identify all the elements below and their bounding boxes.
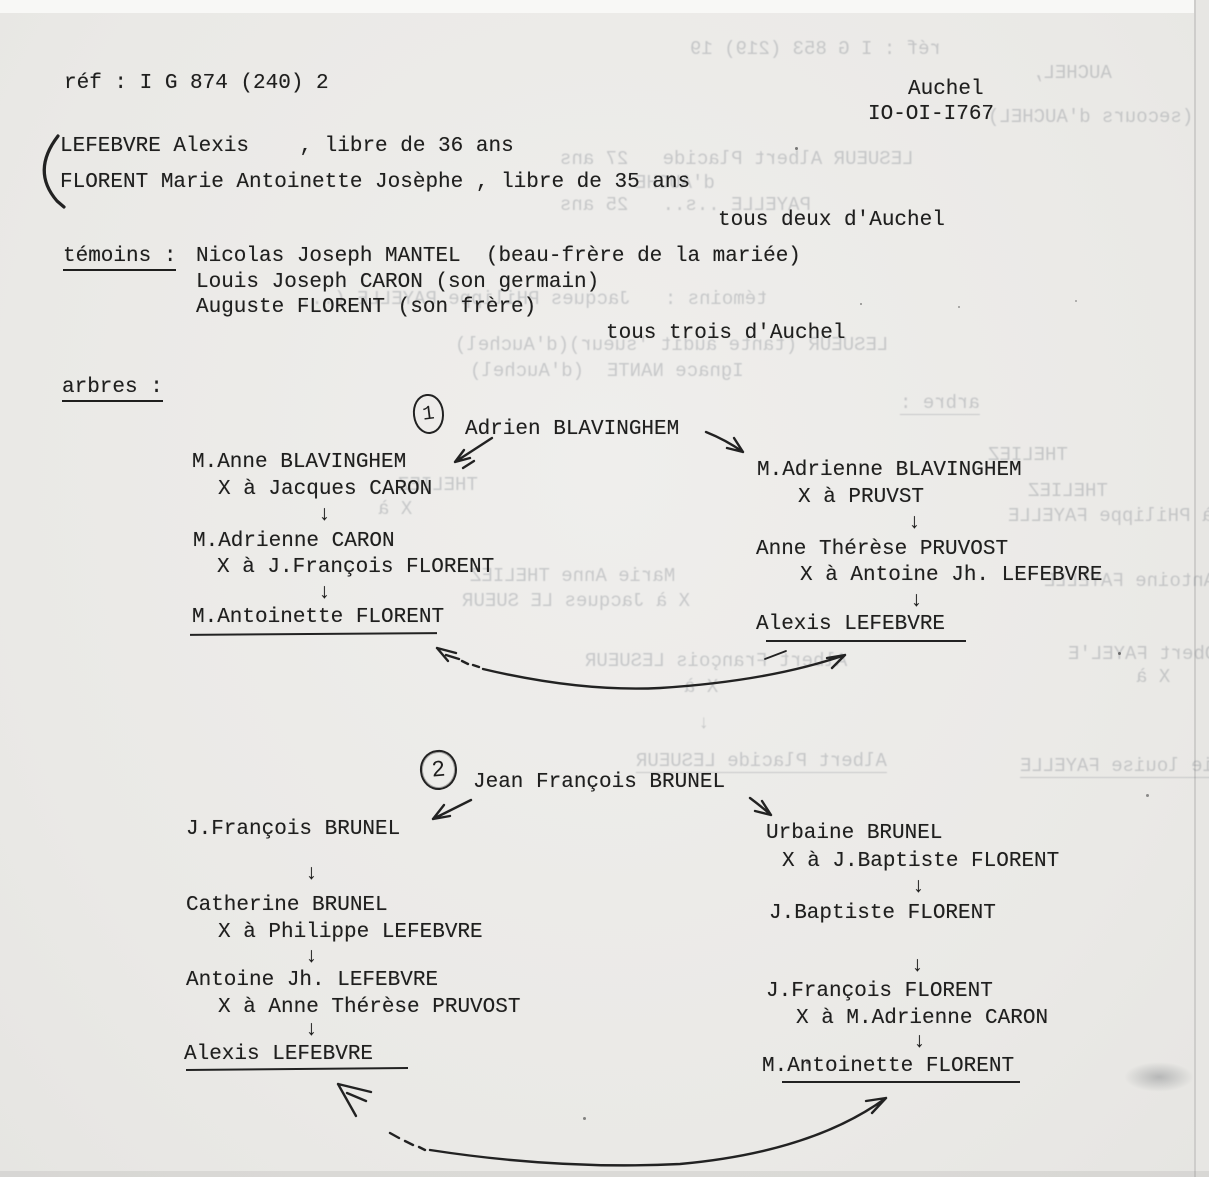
bleed-fayelle-x: X à PHilippe FAYELLE	[1008, 505, 1209, 527]
bleed-albert-fr: Albert François LESUEUR	[585, 650, 847, 672]
trees-label: arbres :	[62, 376, 163, 400]
tree2-right-descendant: M.Antoinette FLORENT	[762, 1055, 1014, 1079]
tree2-right-child2: J.François FLORENT	[766, 980, 993, 1004]
scan-speck	[958, 306, 960, 308]
bleed-ref: réf : I G 853 (219) 19	[690, 38, 941, 60]
tree1-right-marriage1: X à PRUVST	[798, 486, 924, 510]
tree2-right-marriage1: X à J.Baptiste FLORENT	[782, 850, 1059, 874]
bleed-xa-3: X à	[684, 676, 718, 698]
witness-2: Louis Joseph CARON (son germain)	[196, 271, 599, 295]
tree1-right-descendant: Alexis LEFEBVRE	[756, 613, 945, 637]
scan-speck	[860, 303, 862, 305]
tree2-left-marriage1: X à Philippe LEFEBVRE	[218, 921, 483, 945]
witnesses-label: témoins :	[63, 245, 176, 269]
tree1-left-branch-arrow	[455, 438, 492, 468]
tree2-left-arrow1: ↓	[305, 863, 318, 887]
bleed-jacques-ls: X à Jacques LE SUEUR	[462, 590, 690, 612]
tree2-right-arrow2: ↓	[911, 955, 924, 979]
tree1-left-ancestor: M.Anne BLAVINGHEM	[192, 451, 406, 475]
tree2-left-arrow3: ↓	[305, 1019, 318, 1043]
tree2-right-marriage2: X à M.Adrienne CARON	[796, 1007, 1048, 1031]
tree1-left-underline	[190, 632, 437, 636]
tree1-left-marriage2: X à J.François FLORENT	[217, 556, 494, 580]
witness-1: Nicolas Joseph MANTEL (beau-frère de la …	[196, 245, 801, 269]
scan-speck	[583, 1117, 586, 1120]
bleed-auchel: AUCHEL,	[1032, 62, 1112, 84]
record-date: IO-OI-I767	[868, 103, 994, 127]
tree2-left-marriage2: X à Anne Thérèse PRUVOST	[218, 996, 520, 1020]
tree2-right-branch-arrow	[750, 798, 771, 815]
scan-bottom-edge	[0, 1171, 1209, 1177]
tree2-number: 2	[430, 756, 446, 783]
scan-smudge	[1124, 1062, 1194, 1092]
bleed-lesueur: LESUEUR Albert Placide 27 ans	[560, 148, 913, 170]
bleed-albert-pl: Albert Placide LESUEUR	[636, 750, 887, 773]
scanned-genealogy-document: réf : I G 853 (219) 19 AUCHEL, (secours …	[0, 0, 1209, 1177]
scan-top-edge	[0, 0, 1209, 13]
both-from-line: tous deux d'Auchel	[718, 209, 945, 233]
trees-label-text: arbres :	[62, 376, 163, 402]
tree2-left-ancestor: J.François BRUNEL	[186, 818, 400, 842]
tree1-number-circle: 1	[411, 392, 447, 435]
tree2-right-arrow1: ↓	[912, 876, 925, 900]
tree2-left-child1: Catherine BRUNEL	[186, 894, 388, 918]
tree1-left-arrow2: ↓	[318, 582, 331, 606]
tree2-right-underline	[782, 1081, 1020, 1083]
tree1-number: 1	[421, 402, 436, 426]
tree2-left-underline	[186, 1067, 408, 1071]
tree2-right-arrow3: ↓	[913, 1031, 926, 1055]
groom-line: LEFEBVRE Alexis , libre de 36 ans	[60, 135, 514, 159]
tree2-right-ancestor: Urbaine BRUNEL	[766, 822, 942, 846]
tree1-root: Adrien BLAVINGHEM	[465, 418, 679, 442]
tree2-right-child1: J.Baptiste FLORENT	[769, 902, 996, 926]
scan-speck	[1118, 652, 1121, 655]
tree2-root: Jean François BRUNEL	[473, 771, 725, 795]
tree2-curve-left-head	[338, 1084, 371, 1116]
scan-speck	[1075, 300, 1077, 302]
tree1-curve-left-head	[437, 648, 459, 661]
tree1-left-child: M.Adrienne CARON	[193, 530, 395, 554]
scan-speck	[806, 1061, 809, 1064]
tree1-right-arrow2: ↓	[910, 590, 923, 614]
tree2-left-descendant: Alexis LEFEBVRE	[184, 1043, 373, 1067]
bride-line: FLORENT Marie Antoinette Josèphe , libre…	[60, 171, 690, 195]
tree1-right-ancestor: M.Adrienne BLAVINGHEM	[757, 459, 1022, 483]
tree2-number-circle: 2	[418, 748, 458, 791]
bleed-secours: (secours d'AUCHEL)	[988, 106, 1193, 128]
tree1-right-arrow1: ↓	[908, 512, 921, 536]
reference-number: réf : I G 874 (240) 2	[64, 72, 329, 96]
bleed-marie-louise: Marie louise FAYELLE	[1020, 755, 1209, 778]
tree1-right-branch-arrow	[706, 432, 743, 452]
bleed-arbre: arbre :	[900, 392, 980, 415]
bleed-ignace: Ignace NANTE (d'Auchel)	[470, 360, 744, 382]
tree1-left-arrow1: ↓	[318, 504, 331, 528]
bleed-marie-anne: Marie Anne THELIEZ	[470, 565, 675, 587]
tree1-left-descendant: M.Antoinette FLORENT	[192, 606, 444, 630]
witnesses-label-text: témoins :	[63, 245, 176, 271]
bleed-down-arrow: ↓	[698, 712, 709, 734]
place-name: Auchel	[908, 78, 984, 102]
all-from-line: tous trois d'Auchel	[606, 322, 845, 346]
tree2-left-branch-arrow	[433, 800, 471, 819]
bleed-xa-2: X à	[1136, 666, 1170, 688]
tree1-right-child: Anne Thérèse PRUVOST	[756, 538, 1008, 562]
tree1-right-marriage2: X à Antoine Jh. LEFEBVRE	[800, 564, 1102, 588]
tree2-curve-dashes	[390, 1133, 425, 1150]
scan-speck	[795, 147, 798, 150]
witness-3: Auguste FLORENT (son frère)	[196, 296, 536, 320]
bleed-theliez-3: THELIEZ	[1028, 480, 1108, 502]
scan-speck	[1146, 794, 1149, 797]
tree2-marriage-curve	[430, 1098, 886, 1165]
tree1-left-marriage1: X à Jacques CARON	[218, 478, 432, 502]
tree2-left-arrow2: ↓	[305, 946, 318, 970]
bleed-robert-f: RObert FAYEL'E	[1068, 643, 1209, 665]
tree1-curve-dashes	[462, 661, 479, 667]
tree1-right-underline	[766, 640, 966, 642]
tree2-left-child2: Antoine Jh. LEFEBVRE	[186, 969, 438, 993]
